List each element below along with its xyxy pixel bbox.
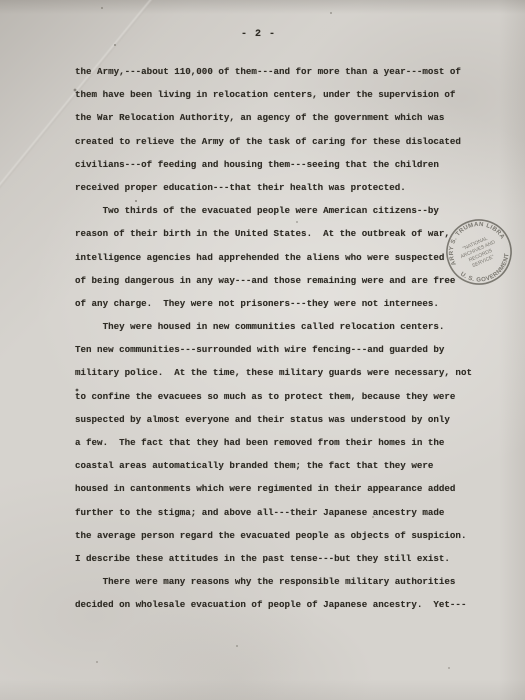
text-line: They were housed in new communities call… xyxy=(75,315,505,338)
typewritten-text-block: the Army,---about 110,000 of them---and … xyxy=(75,60,505,617)
text-line: further to the stigma; and above all---t… xyxy=(75,501,505,524)
page-number: - 2 - xyxy=(0,29,517,40)
text-line: coastal areas automatically branded them… xyxy=(75,454,505,477)
text-line: military police. At the time, these mili… xyxy=(75,361,505,384)
text-line: created to relieve the Army of the task … xyxy=(75,130,505,153)
text-line: a few. The fact that they had been remov… xyxy=(75,431,505,454)
text-line: the Army,---about 110,000 of them---and … xyxy=(75,60,505,83)
paper-specks xyxy=(0,0,2,2)
svg-text:HARRY S. TRUMAN LIBRARY: HARRY S. TRUMAN LIBRARY xyxy=(424,197,508,277)
text-line: them have been living in relocation cent… xyxy=(75,83,505,106)
document-page: - 2 - the Army,---about 110,000 of them-… xyxy=(0,0,525,700)
text-line: Ten new communities---surrounded with wi… xyxy=(75,338,505,361)
text-line: I describe these attitudes in the past t… xyxy=(75,547,505,570)
text-line: decided on wholesale evacuation of peopl… xyxy=(75,593,505,616)
text-line: to confine the evacuees so much as to pr… xyxy=(75,385,505,408)
text-line: civilians---of feeding and housing them-… xyxy=(75,153,505,176)
stamp-arc-top-text: HARRY S. TRUMAN LIBRARY xyxy=(424,197,508,277)
text-line: There were many reasons why the responsi… xyxy=(75,570,505,593)
text-line: housed in cantonments which were regimen… xyxy=(75,477,505,500)
text-line: the War Relocation Authority, an agency … xyxy=(75,106,505,129)
archives-rubber-stamp-icon: HARRY S. TRUMAN LIBRARY U. S. GOVERNMENT… xyxy=(424,197,525,307)
text-line: suspected by almost everyone and their s… xyxy=(75,408,505,431)
text-line: received proper education---that their h… xyxy=(75,176,505,199)
text-line: the average person regard the evacuated … xyxy=(75,524,505,547)
